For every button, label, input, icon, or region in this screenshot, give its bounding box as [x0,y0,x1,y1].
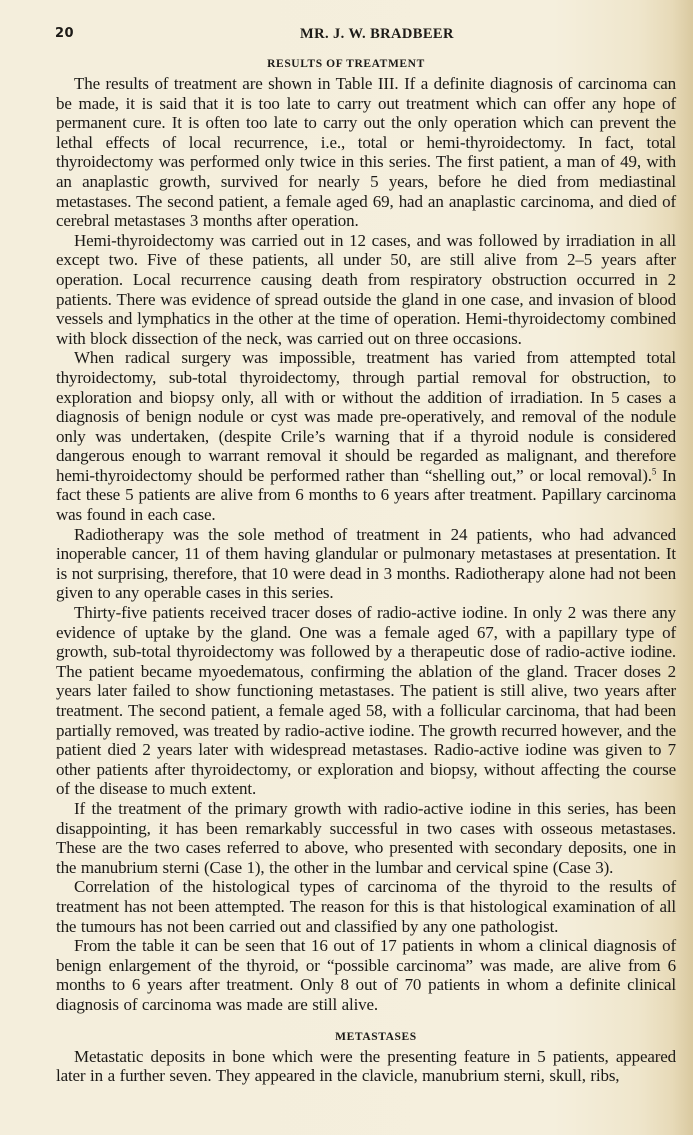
paragraph: Hemi-thyroidectomy was carried out in 12… [56,231,676,349]
body-text: RESULTS OF TREATMENT The results of trea… [56,56,676,1086]
section-heading: RESULTS OF TREATMENT [56,56,676,72]
paragraph-text: When radical surgery was impossible, tre… [56,348,676,485]
paragraph: When radical surgery was impossible, tre… [56,348,676,524]
section-results-of-treatment: RESULTS OF TREATMENT The results of trea… [56,56,676,1015]
document-page: 20 MR. J. W. BRADBEER RESULTS OF TREATME… [0,0,693,1135]
paragraph: From the table it can be seen that 16 ou… [56,936,676,1014]
section-metastases: METASTASES Metastatic deposits in bone w… [56,1029,676,1086]
paragraph: If the treatment of the primary growth w… [56,799,676,877]
paragraph: Thirty-five patients received tracer dos… [56,603,676,799]
paragraph: Metastatic deposits in bone which were t… [56,1047,676,1086]
paragraph: Correlation of the histological types of… [56,877,676,936]
paragraph: Radiotherapy was the sole method of trea… [56,525,676,603]
paragraph: The results of treatment are shown in Ta… [56,74,676,231]
page-number: 20 [55,26,74,41]
running-head: 20 MR. J. W. BRADBEER [55,26,665,46]
section-heading: METASTASES [56,1029,676,1045]
author-running-title: MR. J. W. BRADBEER [300,26,454,43]
